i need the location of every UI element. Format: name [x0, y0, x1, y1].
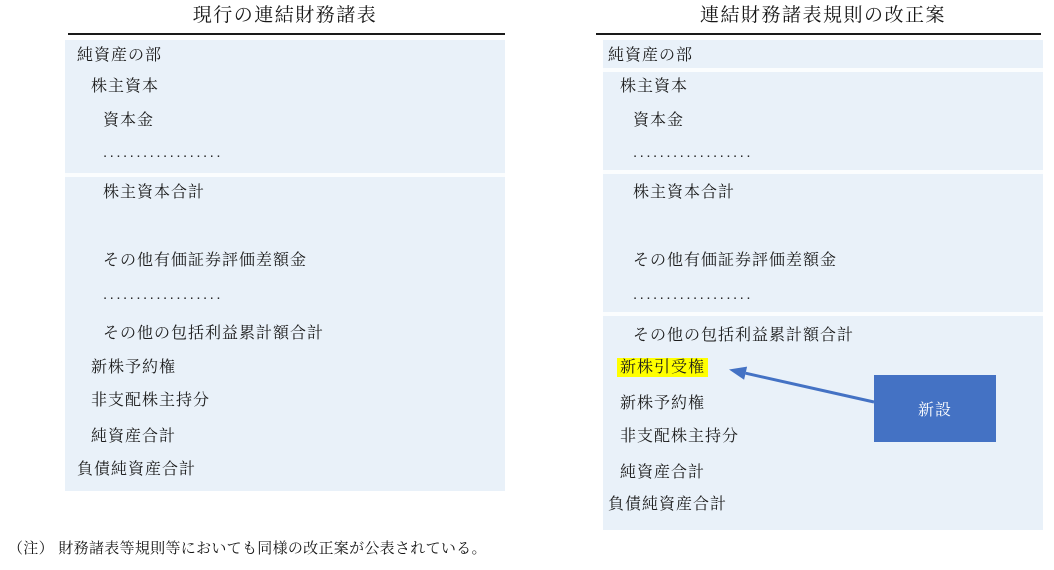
right-row-non-controlling-interests: 非支配株主持分 [620, 428, 739, 446]
left-row-shareholders-equity-total: 株主資本合計 [103, 184, 205, 202]
right-row-afs-valuation-difference: その他有価証券評価差額金 [633, 252, 837, 270]
right-panel-top-border [596, 33, 1041, 35]
right-row-stock-acquisition-rights-new: 新株引受権 [617, 359, 708, 377]
left-row-shareholders-equity: 株主資本 [91, 78, 159, 96]
right-row-shareholders-equity-total: 株主資本合計 [633, 184, 735, 202]
right-row-net-assets-section: 純資産の部 [608, 47, 693, 65]
right-row-liabilities-net-assets-total: 負債純資産合計 [608, 496, 727, 514]
row-separator [603, 312, 1043, 316]
right-panel-title: 連結財務諸表規則の改正案 [603, 4, 1043, 28]
right-row-oci-accumulated-total: その他の包括利益累計額合計 [633, 327, 854, 345]
left-row-liabilities-net-assets-total: 負債純資産合計 [77, 461, 196, 479]
dots-leader: .................. [633, 286, 753, 304]
dots-leader: .................. [633, 144, 753, 162]
row-separator [603, 170, 1043, 174]
footnote: （注） 財務諸表等規則等においても同様の改正案が公表されている。 [8, 537, 487, 558]
dots-leader: .................. [103, 144, 223, 162]
left-row-net-assets-section: 純資産の部 [77, 47, 162, 65]
right-row-share-subscription-rights: 新株予約権 [620, 395, 705, 413]
left-row-capital-stock: 資本金 [103, 112, 154, 130]
left-row-share-subscription-rights: 新株予約権 [91, 359, 176, 377]
row-separator [603, 68, 1043, 72]
right-row-shareholders-equity: 株主資本 [620, 78, 688, 96]
right-row-capital-stock: 資本金 [633, 112, 684, 130]
new-item-callout: 新設 [874, 375, 996, 442]
left-row-non-controlling-interests: 非支配株主持分 [91, 392, 210, 410]
left-row-net-assets-total: 純資産合計 [91, 428, 176, 446]
left-panel-top-border [68, 33, 505, 35]
right-panel: 純資産の部 株主資本 資本金 .................. 株主資本合計… [603, 40, 1043, 530]
left-row-afs-valuation-difference: その他有価証券評価差額金 [103, 252, 307, 270]
row-separator [65, 173, 505, 177]
figure-canvas: 現行の連結財務諸表 連結財務諸表規則の改正案 純資産の部 株主資本 資本金 ..… [0, 0, 1054, 570]
left-panel: 純資産の部 株主資本 資本金 .................. 株主資本合計… [65, 40, 505, 491]
dots-leader: .................. [103, 286, 223, 304]
left-panel-title: 現行の連結財務諸表 [65, 4, 505, 28]
right-row-net-assets-total: 純資産合計 [620, 464, 705, 482]
callout-label: 新設 [918, 397, 952, 420]
highlighted-new-item: 新株引受権 [617, 358, 708, 377]
left-row-oci-accumulated-total: その他の包括利益累計額合計 [103, 325, 324, 343]
